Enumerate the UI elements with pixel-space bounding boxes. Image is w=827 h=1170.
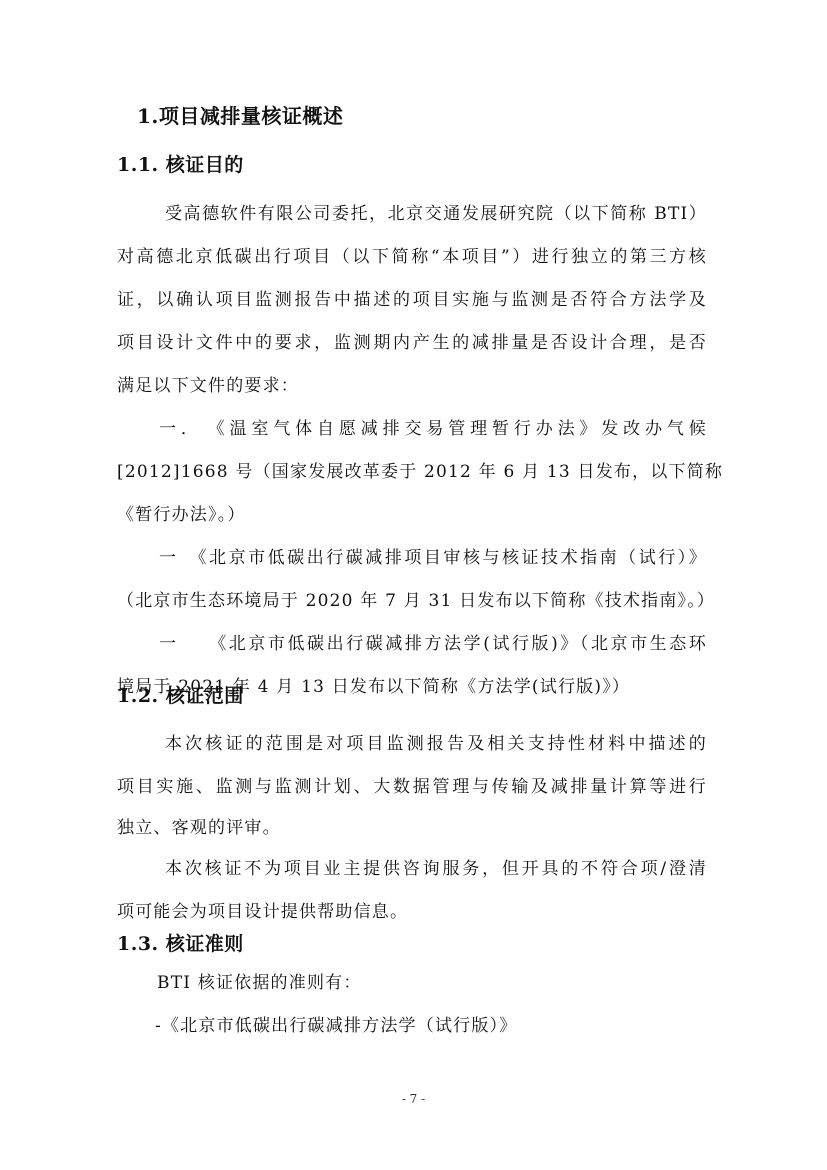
reference-line: 一． 《温室气体自愿减排交易管理暂行办法》发改办气候 xyxy=(117,418,707,440)
paragraph-line: 对高德北京低碳出行项目（以下简称“本项目”）进行独立的第三方核 xyxy=(117,246,707,268)
reference-line: [2012]1668 号（国家发展改革委于 2012 年 6 月 13 日发布，… xyxy=(117,461,707,483)
reference-line: 《暂行办法》。） xyxy=(117,504,707,526)
section-heading-1-1: 1.1. 核证目的 xyxy=(117,150,244,177)
paragraph-line: 本次核证的范围是对项目监测报告及相关支持性材料中描述的 xyxy=(117,733,707,755)
paragraph-line: 证，以确认项目监测报告中描述的项目实施与监测是否符合方法学及 xyxy=(117,289,707,311)
chapter-heading: 1.项目减排量核证概述 xyxy=(137,100,343,129)
reference-line: 一 《北京市低碳出行碳减排方法学(试行版)》（北京市生态环 xyxy=(117,633,707,655)
criteria-list-item: -《北京市低碳出行碳减排方法学（试行版）》 xyxy=(117,1015,745,1037)
reference-line: 一 《北京市低碳出行碳减排项目审核与核证技术指南（试行）》 xyxy=(117,547,707,569)
paragraph-line: 满足以下文件的要求： xyxy=(117,375,707,397)
document-page: 1.项目减排量核证概述 1.1. 核证目的 受高德软件有限公司委托，北京交通发展… xyxy=(0,0,827,1170)
paragraph-line: BTI 核证依据的准则有： xyxy=(117,972,747,994)
section-heading-1-3: 1.3. 核证准则 xyxy=(117,929,244,956)
reference-line: （北京市生态环境局于 2020 年 7 月 31 日发布以下简称《技术指南》。） xyxy=(117,590,707,612)
paragraph-line: 项目设计文件中的要求，监测期内产生的减排量是否设计合理，是否 xyxy=(117,332,707,354)
paragraph-line: 项目实施、监测与监测计划、大数据管理与传输及减排量计算等进行 xyxy=(117,776,707,798)
paragraph-line: 项可能会为项目设计提供帮助信息。 xyxy=(117,901,707,923)
page-number: - 7 - xyxy=(0,1092,827,1106)
paragraph-line: 本次核证不为项目业主提供咨询服务，但开具的不符合项/澄清 xyxy=(117,858,707,880)
paragraph-line: 独立、客观的评审。 xyxy=(117,817,707,839)
paragraph-line: 受高德软件有限公司委托，北京交通发展研究院（以下简称 BTI） xyxy=(117,203,707,225)
section-heading-1-2: 1.2. 核证范围 xyxy=(117,681,244,708)
